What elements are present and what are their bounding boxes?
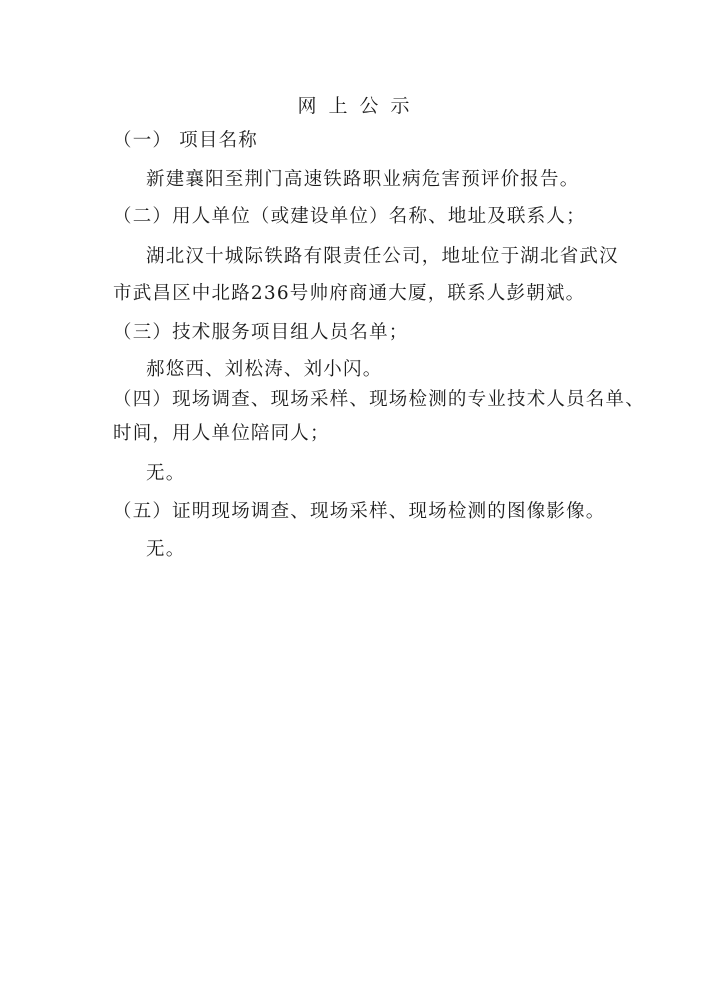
section-4-content: 无。 — [146, 462, 185, 486]
section-3-heading: （三）技术服务项目组人员名单； — [113, 321, 409, 345]
section-2-content-line-1: 湖北汉十城际铁路有限责任公司，地址位于湖北省武汉 — [146, 245, 619, 269]
section-5-content: 无。 — [146, 538, 185, 562]
page-title: 网上公示 — [0, 91, 707, 118]
section-2-content-line-2: 市武昌区中北路236号帅府商通大厦，联系人彭朝斌。 — [113, 282, 585, 306]
section-3-content: 郝悠西、刘松涛、刘小闪。 — [146, 358, 382, 382]
section-4-heading: （四）现场调查、现场采样、现场检测的专业技术人员名单、 — [113, 388, 645, 412]
section-4-heading-cont: 时间，用人单位陪同人； — [113, 422, 330, 446]
section-2-heading: （二）用人单位（或建设单位）名称、地址及联系人； — [113, 205, 586, 229]
section-5-heading: （五）证明现场调查、现场采样、现场检测的图像影像。 — [113, 500, 606, 524]
section-1-content: 新建襄阳至荆门高速铁路职业病危害预评价报告。 — [146, 168, 579, 192]
section-1-heading: （一） 项目名称 — [113, 129, 258, 153]
